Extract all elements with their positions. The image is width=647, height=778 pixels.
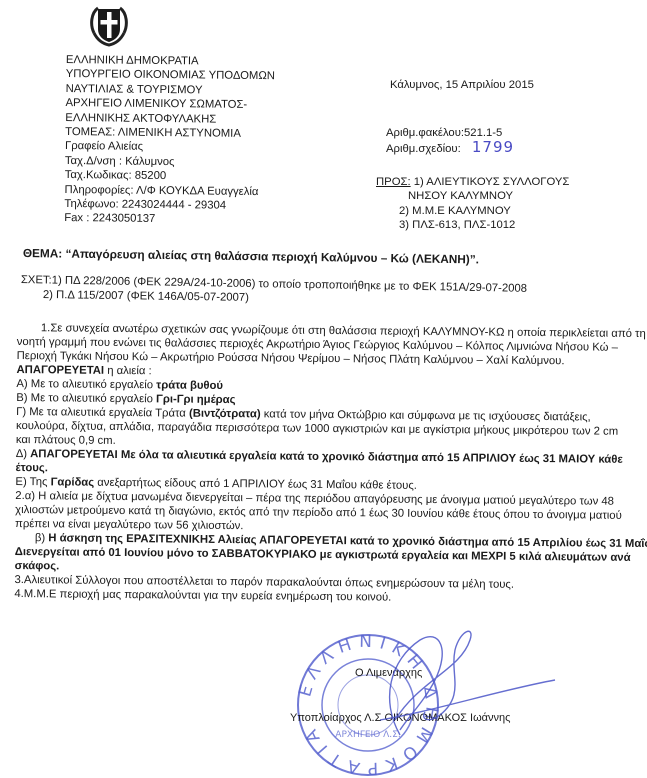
recipients-block: ΠΡΟΣ: 1) ΑΛΙΕΥΤΙΚΟΥΣ ΣΥΛΛΟΓΟΥΣ ΝΗΣΟΥ ΚΑΛ… — [376, 175, 569, 233]
recipient-line: 3) ΠΛΣ-613, ΠΛΣ-1012 — [376, 218, 569, 232]
greek-coat-of-arms-icon — [88, 3, 130, 47]
recipient-line: 2) Μ.Μ.Ε ΚΑΛΥΜΝΟΥ — [376, 204, 569, 218]
body-block: 1.Σε συνεχεία ανωτέρω σχετικών σας γνωρί… — [14, 321, 647, 607]
item-c-text: Γ) Με τα αλιευτικά εργαλεία Τράτα — [16, 406, 189, 420]
draft-number-label: Αριθμ.σχεδίου: — [386, 143, 461, 155]
prohibited-bold: ΑΠΑΓΟΡΕΥΕΤΑΙ — [16, 364, 104, 377]
place-date: Κάλυμνος, 15 Απριλίου 2015 — [390, 78, 534, 92]
draft-number-handwritten: 1799 — [472, 138, 514, 156]
item-b-text: Β) Με το αλιευτικό εργαλείο — [16, 392, 156, 405]
sender-line: Fax : 2243050137 — [64, 211, 273, 228]
item-a-bold: τράτα βυθού — [156, 379, 223, 392]
item-e-bold: Γαρίδας — [51, 476, 95, 488]
recipient-line: 1) ΑΛΙΕΥΤΙΚΟΥΣ ΣΥΛΛΟΓΟΥΣ — [414, 176, 570, 188]
item-c-bold: (Βιντζότρατα) — [189, 408, 261, 421]
signature-scribble-icon — [340, 620, 560, 740]
recipient-line: ΝΗΣΟΥ ΚΑΛΥΜΝΟΥ — [376, 189, 569, 203]
prohibited-rest: η αλιεία : — [104, 365, 152, 377]
draft-number: Αριθμ.σχεδίου: 1799 — [386, 140, 514, 156]
item-e-prefix: Ε) Της — [15, 476, 50, 488]
item-b-bold: Γρι-Γρι ημέρας — [156, 393, 236, 406]
item-a-text: Α) Με το αλιευτικό εργαλείο — [16, 378, 156, 391]
item-d-prefix: Δ) — [16, 448, 31, 460]
sender-block: ΕΛΛΗΝΙΚΗ ΔΗΜΟΚΡΑΤΙΑ ΥΠΟΥΡΓΕΙΟ ΟΙΚΟΝΟΜΙΑΣ… — [64, 53, 275, 228]
subject: ΘΕΜΑ: “Απαγόρευση αλιείας στη θαλάσσια π… — [23, 246, 479, 266]
reference-2: 2) Π.Δ 115/2007 (ΦΕΚ 146Α/05-07-2007) — [43, 288, 249, 305]
recipients-label: ΠΡΟΣ: — [376, 176, 411, 188]
paragraph-2b-prefix: β) — [35, 532, 49, 544]
